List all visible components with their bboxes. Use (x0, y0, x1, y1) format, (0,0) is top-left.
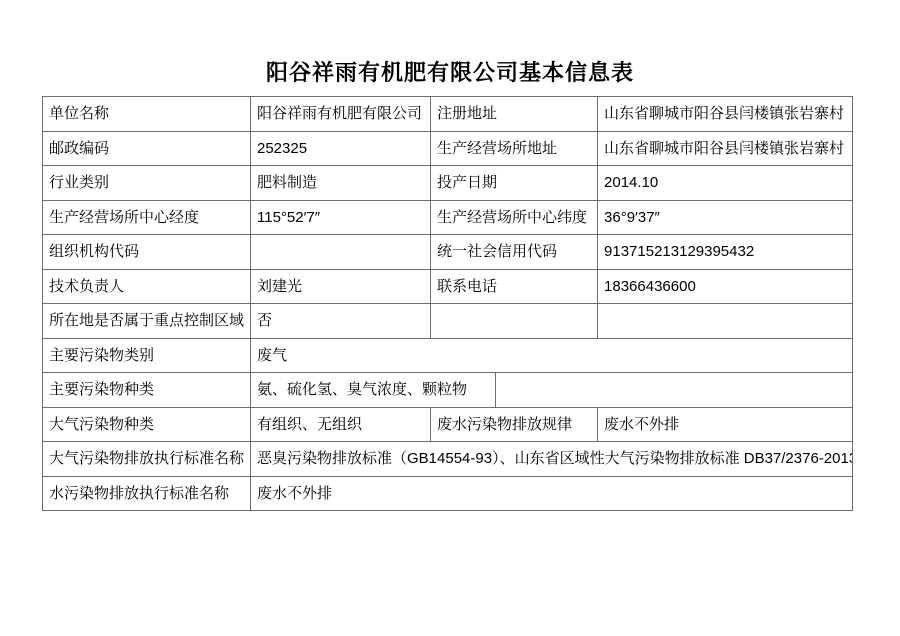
field-value-empty (251, 235, 431, 270)
empty-cell (598, 304, 853, 339)
field-label: 生产经营场所地址 (431, 131, 598, 166)
table-row: 组织机构代码 统一社会信用代码 913715213129395432 (43, 235, 853, 270)
field-label: 大气污染物排放执行标准名称 (43, 442, 251, 477)
empty-cell (496, 373, 853, 408)
field-value: 阳谷祥雨有机肥有限公司 (251, 97, 431, 132)
table-row: 单位名称 阳谷祥雨有机肥有限公司 注册地址 山东省聊城市阳谷县闫楼镇张岩寨村 (43, 97, 853, 132)
document-page: 阳谷祥雨有机肥有限公司基本信息表 单位名称 阳谷祥雨有机肥有限公司 注册地址 山… (0, 0, 900, 636)
field-label: 所在地是否属于重点控制区域 (43, 304, 251, 339)
field-value: 山东省聊城市阳谷县闫楼镇张岩寨村 (598, 131, 853, 166)
field-label: 废水污染物排放规律 (431, 407, 598, 442)
field-label: 组织机构代码 (43, 235, 251, 270)
field-label: 生产经营场所中心纬度 (431, 200, 598, 235)
document-title: 阳谷祥雨有机肥有限公司基本信息表 (0, 56, 900, 87)
field-value: 36°9′37″ (598, 200, 853, 235)
field-value: 氨、硫化氢、臭气浓度、颗粒物 (251, 373, 496, 408)
field-value: 252325 (251, 131, 431, 166)
table-row: 主要污染物种类 氨、硫化氢、臭气浓度、颗粒物 (43, 373, 853, 408)
field-label: 注册地址 (431, 97, 598, 132)
field-label: 技术负责人 (43, 269, 251, 304)
table-row: 技术负责人 刘建光 联系电话 18366436600 (43, 269, 853, 304)
field-value: 913715213129395432 (598, 235, 853, 270)
table-row: 大气污染物种类 有组织、无组织 废水污染物排放规律 废水不外排 (43, 407, 853, 442)
field-label: 邮政编码 (43, 131, 251, 166)
table-row: 水污染物排放执行标准名称 废水不外排 (43, 476, 853, 511)
field-value: 废水不外排 (251, 476, 853, 511)
field-value: 2014.10 (598, 166, 853, 201)
company-info-table: 单位名称 阳谷祥雨有机肥有限公司 注册地址 山东省聊城市阳谷县闫楼镇张岩寨村 邮… (42, 96, 853, 511)
table-row: 生产经营场所中心经度 115°52′7″ 生产经营场所中心纬度 36°9′37″ (43, 200, 853, 235)
field-value: 废水不外排 (598, 407, 853, 442)
empty-cell (431, 304, 598, 339)
field-value: 肥料制造 (251, 166, 431, 201)
field-value: 有组织、无组织 (251, 407, 431, 442)
table-row: 大气污染物排放执行标准名称 恶臭污染物排放标准（GB14554-93）、山东省区… (43, 442, 853, 477)
table-row: 邮政编码 252325 生产经营场所地址 山东省聊城市阳谷县闫楼镇张岩寨村 (43, 131, 853, 166)
field-label: 水污染物排放执行标准名称 (43, 476, 251, 511)
field-label: 主要污染物类别 (43, 338, 251, 373)
field-label: 主要污染物种类 (43, 373, 251, 408)
table-row: 主要污染物类别 废气 (43, 338, 853, 373)
field-label: 投产日期 (431, 166, 598, 201)
field-label: 联系电话 (431, 269, 598, 304)
field-value: 山东省聊城市阳谷县闫楼镇张岩寨村 (598, 97, 853, 132)
field-value: 废气 (251, 338, 853, 373)
field-label: 统一社会信用代码 (431, 235, 598, 270)
table-row: 所在地是否属于重点控制区域 否 (43, 304, 853, 339)
field-label: 大气污染物种类 (43, 407, 251, 442)
field-value: 115°52′7″ (251, 200, 431, 235)
field-value: 刘建光 (251, 269, 431, 304)
field-value: 18366436600 (598, 269, 853, 304)
field-label: 行业类别 (43, 166, 251, 201)
field-label: 单位名称 (43, 97, 251, 132)
field-value: 恶臭污染物排放标准（GB14554-93）、山东省区域性大气污染物排放标准 DB… (251, 442, 853, 477)
table-row: 行业类别 肥料制造 投产日期 2014.10 (43, 166, 853, 201)
field-label: 生产经营场所中心经度 (43, 200, 251, 235)
field-value: 否 (251, 304, 431, 339)
